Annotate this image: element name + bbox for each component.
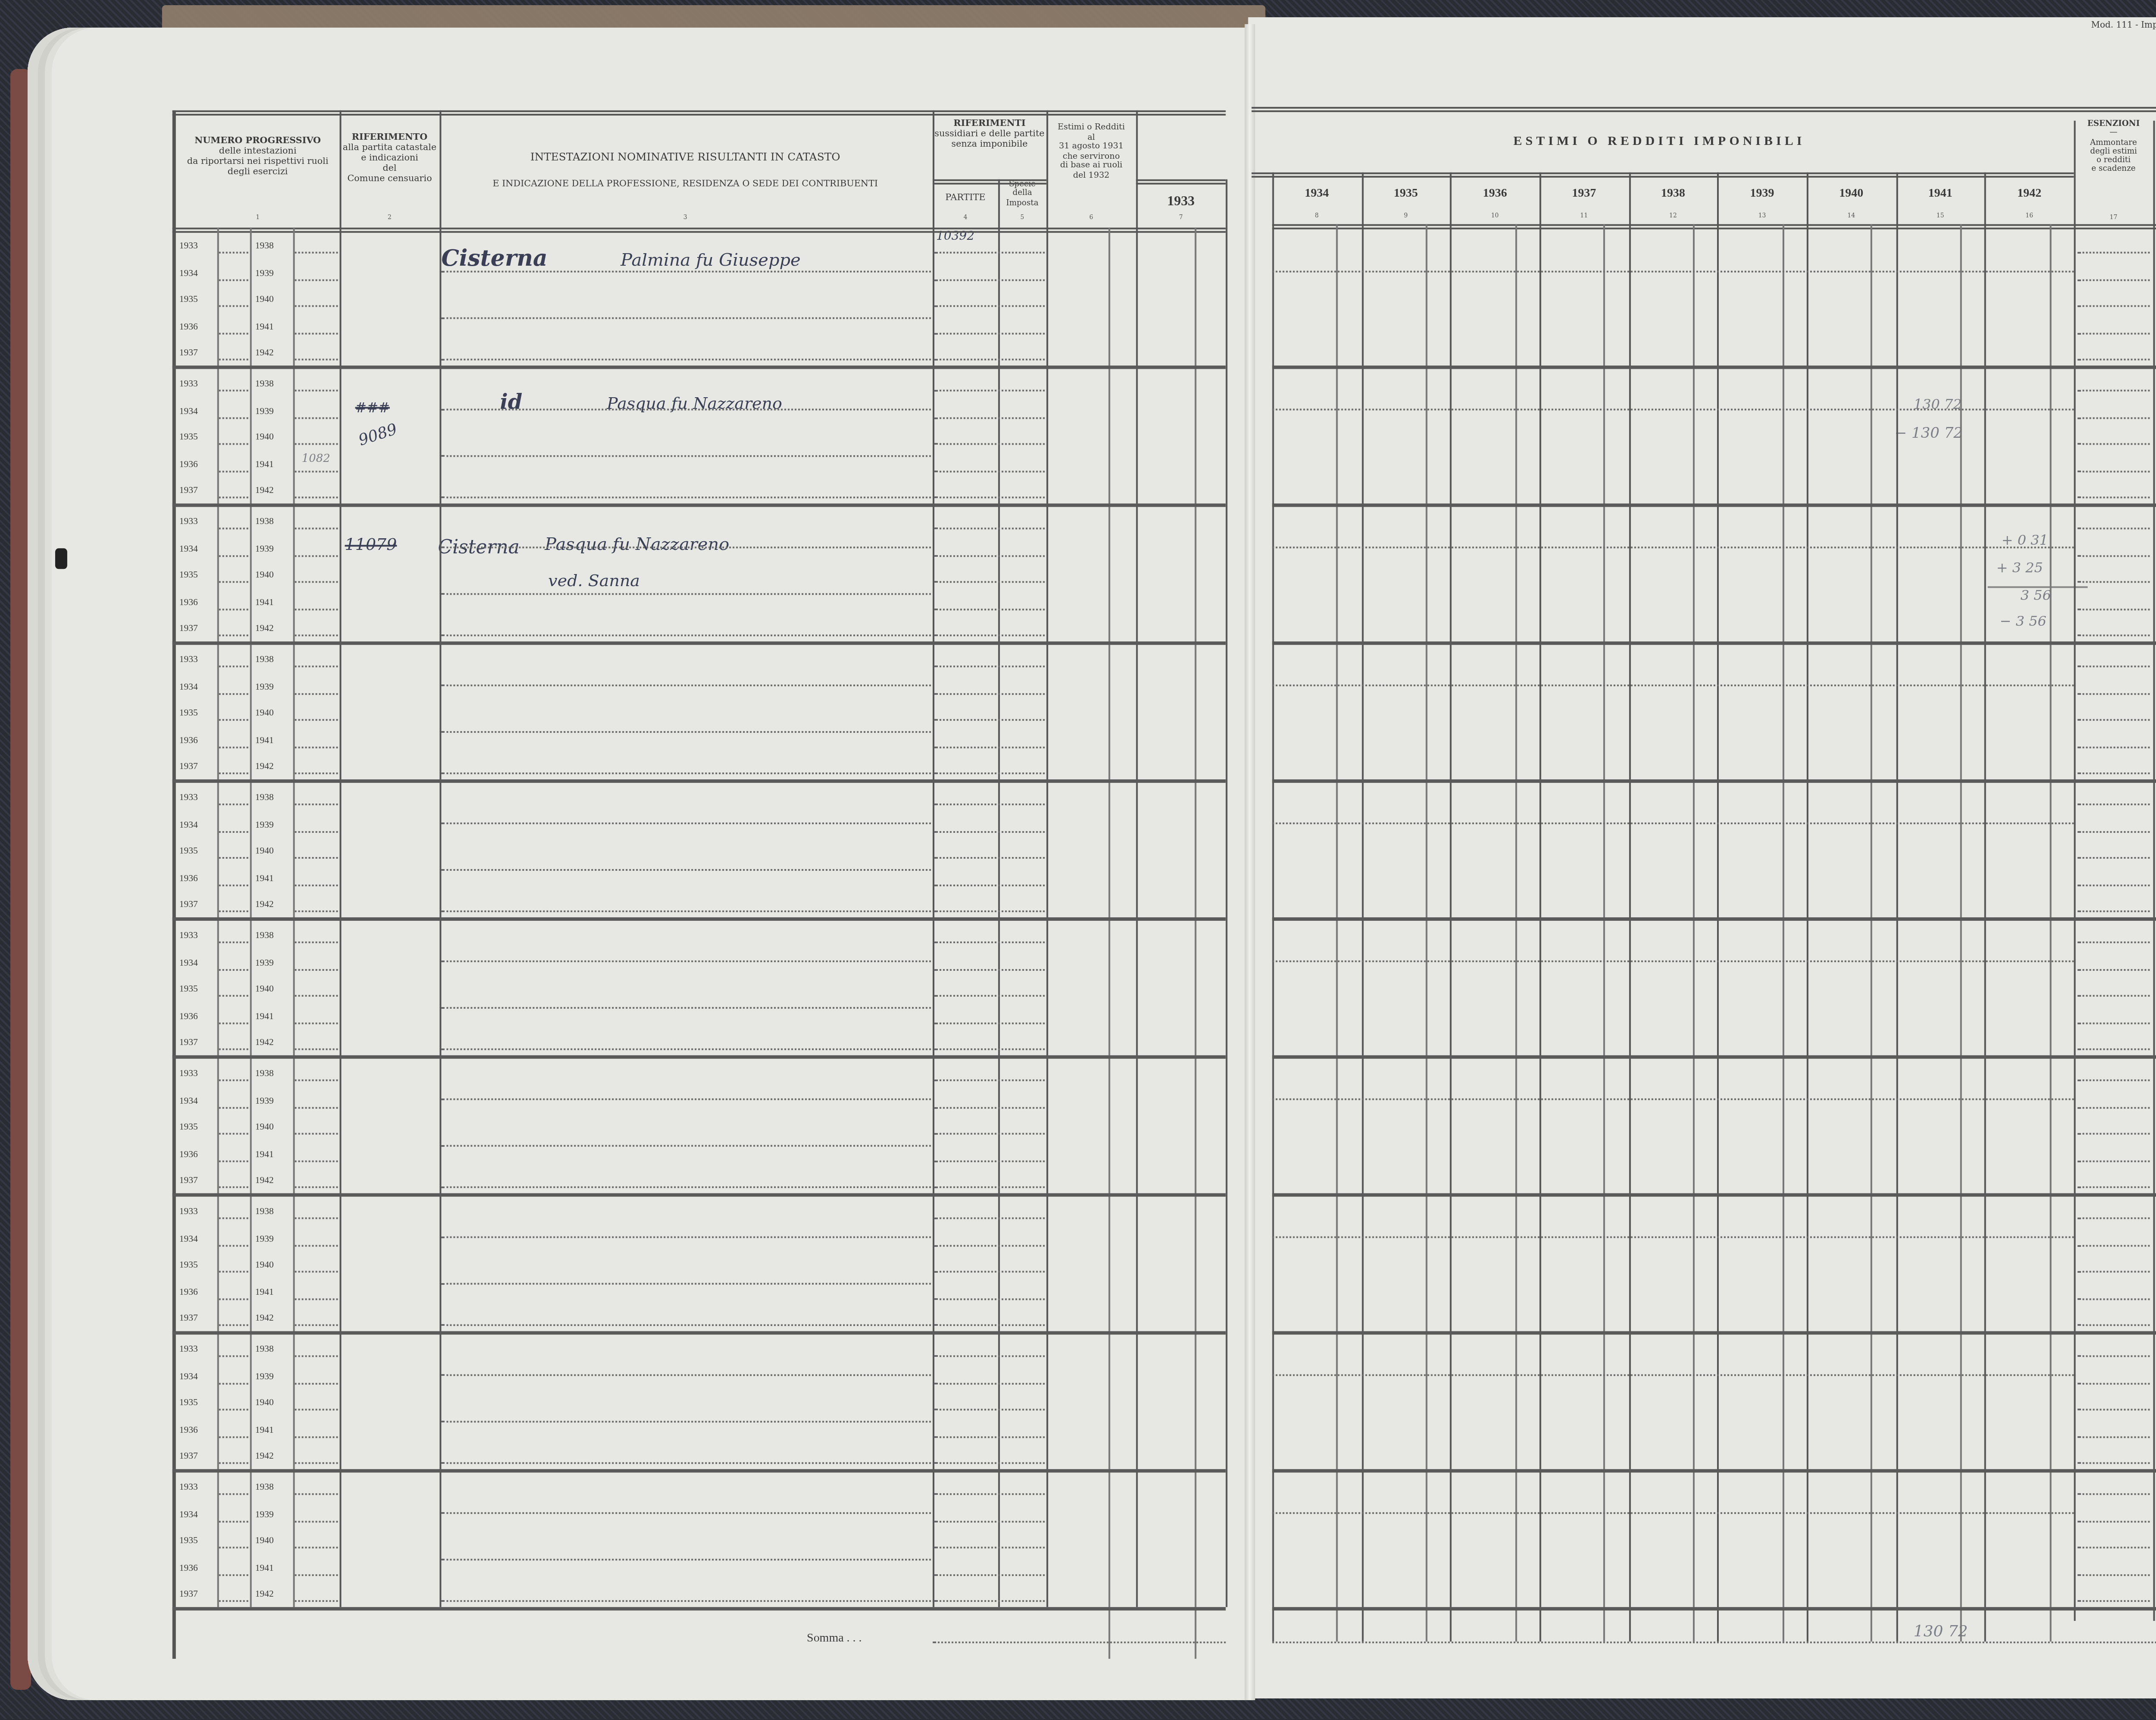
dotted-fill-line (219, 527, 248, 529)
dotted-fill-line (934, 1493, 1045, 1495)
dotted-writing-line (441, 1512, 931, 1514)
somma-dotted-line (1272, 1642, 2156, 1643)
dotted-fill-line (934, 554, 1045, 556)
year-label: 1938 (255, 1207, 274, 1218)
dotted-fill-line (2078, 1160, 2150, 1161)
dotted-fill-line (2078, 942, 2150, 943)
dotted-writing-line (441, 496, 931, 498)
year-label: 1935 (179, 1536, 198, 1547)
header-estimi-redditi-imponibili: ESTIMI O REDDITI IMPONIBILI (1250, 135, 2069, 149)
year-label: 1937 (179, 1590, 198, 1600)
dotted-fill-line (2078, 1382, 2150, 1384)
dotted-fill-line (295, 390, 338, 392)
dotted-fill-line (2078, 746, 2150, 747)
dotted-fill-line (934, 1600, 1045, 1602)
year-label: 1941 (255, 735, 274, 746)
year-label: 1934 (179, 544, 198, 554)
dotted-writing-line (1272, 960, 2074, 962)
dotted-fill-line (2078, 1048, 2150, 1050)
dotted-fill-line (219, 1355, 248, 1357)
dotted-fill-line (934, 968, 1045, 970)
dotted-fill-line (934, 279, 1045, 280)
year-label: 1935 (179, 295, 198, 305)
dotted-fill-line (2078, 608, 2150, 609)
dotted-fill-line (219, 1186, 248, 1188)
dotted-fill-line (295, 719, 338, 721)
dotted-fill-line (934, 634, 1045, 636)
somma-label: Somma . . . (807, 1631, 862, 1645)
year-column-divider (1896, 173, 1897, 1642)
header-year-1942: 1942 (1985, 186, 2074, 200)
dotted-fill-line (934, 942, 1045, 943)
year-column-divider (1361, 173, 1363, 1642)
dotted-fill-line (2078, 1271, 2150, 1273)
year-label: 1941 (255, 1287, 274, 1298)
header-year-1935: 1935 (1361, 186, 1451, 200)
entry-block-separator (172, 1055, 1226, 1059)
dotted-fill-line (295, 359, 338, 361)
dotted-fill-line (295, 581, 338, 583)
dotted-fill-line (219, 719, 248, 721)
dotted-fill-line (2078, 252, 2150, 254)
header-sub-rule (1136, 179, 1226, 185)
somma-dotted-line (933, 1642, 1226, 1643)
dotted-writing-line (441, 1421, 931, 1422)
dotted-fill-line (934, 359, 1045, 361)
dotted-fill-line (934, 1324, 1045, 1326)
dotted-fill-line (2078, 390, 2150, 392)
dotted-fill-line (295, 1160, 338, 1161)
dotted-writing-line (441, 1374, 931, 1376)
cents-divider (1426, 224, 1427, 1642)
ink-stain (55, 548, 67, 569)
dotted-fill-line (295, 857, 338, 859)
year-label: 1939 (255, 1096, 274, 1106)
dotted-writing-line (1272, 1099, 2074, 1100)
dotted-fill-line (2078, 1297, 2150, 1299)
dotted-fill-line (295, 1106, 338, 1108)
dotted-fill-line (219, 1409, 248, 1410)
dotted-fill-line (934, 496, 1045, 498)
column-divider (1226, 179, 1228, 1607)
dotted-fill-line (219, 1435, 248, 1437)
year-label: 1940 (255, 709, 274, 719)
book-gutter (1245, 24, 1255, 1700)
year-label: 1934 (179, 820, 198, 830)
year-label: 1935 (179, 433, 198, 443)
year-label: 1939 (255, 1372, 274, 1382)
entry-2-progressivo-note: 1082 (302, 452, 330, 465)
year-label: 1939 (255, 544, 274, 554)
dotted-fill-line (219, 608, 248, 609)
dotted-fill-line (295, 1186, 338, 1188)
dotted-fill-line (295, 1048, 338, 1050)
dotted-writing-line (1272, 546, 2074, 548)
year-label: 1941 (255, 1425, 274, 1435)
dotted-fill-line (2078, 1218, 2150, 1219)
year-label: 1938 (255, 242, 274, 252)
year-label: 1936 (179, 1425, 198, 1435)
dotted-fill-line (295, 665, 338, 667)
pencil-sum-line (1988, 586, 2088, 588)
dotted-fill-line (295, 305, 338, 307)
year-label: 1941 (255, 322, 274, 332)
year-label: 1934 (179, 1234, 198, 1244)
entry-1-given-name: Palmina fu Giuseppe (620, 252, 800, 271)
column-divider (1047, 110, 1048, 1607)
dotted-fill-line (2078, 910, 2150, 912)
dotted-writing-line (441, 546, 931, 548)
dotted-writing-line (441, 1324, 931, 1326)
dotted-fill-line (2078, 332, 2150, 334)
dotted-fill-line (295, 443, 338, 445)
cents-divider (1871, 224, 1873, 1642)
dotted-fill-line (934, 1160, 1045, 1161)
dotted-writing-line (441, 634, 931, 636)
dotted-fill-line (219, 1462, 248, 1464)
dotted-fill-line (934, 1382, 1045, 1384)
column-number: 6 (1047, 214, 1136, 221)
dotted-fill-line (295, 332, 338, 334)
dotted-fill-line (295, 527, 338, 529)
dotted-fill-line (295, 1133, 338, 1135)
entry-block-separator (172, 917, 1226, 921)
dotted-fill-line (2078, 1493, 2150, 1495)
year-label: 1936 (179, 322, 198, 332)
dotted-fill-line (219, 443, 248, 445)
dotted-fill-line (934, 1462, 1045, 1464)
dotted-writing-line (441, 359, 931, 361)
column-divider (2074, 121, 2076, 1621)
year-label: 1934 (179, 406, 198, 417)
year-label: 1935 (179, 1261, 198, 1271)
dotted-fill-line (2078, 634, 2150, 636)
dotted-fill-line (2078, 1520, 2150, 1522)
dotted-fill-line (934, 443, 1045, 445)
column-number: 10 (1451, 212, 1540, 219)
dotted-fill-line (934, 995, 1045, 997)
year-label: 1942 (255, 762, 274, 772)
dotted-fill-line (2078, 527, 2150, 529)
dotted-fill-line (219, 417, 248, 418)
dotted-fill-line (295, 1218, 338, 1219)
header-bottom-rule (172, 228, 1226, 233)
year-label: 1937 (179, 624, 198, 634)
cents-divider (1109, 228, 1110, 1659)
table-top-border (172, 110, 1226, 116)
dotted-fill-line (934, 581, 1045, 583)
dotted-writing-line (1272, 271, 2074, 273)
year-label: 1941 (255, 873, 274, 884)
header-intestazioni: INTESTAZIONI NOMINATIVE RISULTANTI IN CA… (439, 152, 931, 164)
year-column-divider (1629, 173, 1630, 1642)
entry-block-separator (172, 1331, 1226, 1334)
dotted-fill-line (934, 830, 1045, 832)
year-label: 1938 (255, 1345, 274, 1355)
dotted-fill-line (219, 1493, 248, 1495)
dotted-fill-line (934, 665, 1045, 667)
dotted-fill-line (295, 634, 338, 636)
year-label: 1942 (255, 1038, 274, 1048)
form-model-label: Mod. 111 - Imposte Dirette (Intercalare)… (2091, 21, 2156, 31)
dotted-fill-line (295, 1355, 338, 1357)
dotted-fill-line (2078, 1573, 2150, 1575)
table-top-border (1252, 107, 2156, 112)
entry-2-value-1941-cancel: − 130 72 (1895, 426, 1963, 443)
dotted-writing-line (441, 960, 931, 962)
entry-3-riferimento: 11079 (345, 536, 397, 555)
dotted-fill-line (934, 1520, 1045, 1522)
header-specie-imposta: Specie della Imposta (998, 181, 1047, 208)
dotted-fill-line (295, 804, 338, 805)
year-label: 1938 (255, 380, 274, 390)
dotted-fill-line (2078, 1186, 2150, 1188)
column-divider (439, 110, 441, 1607)
year-label: 1934 (179, 682, 198, 692)
dotted-fill-line (219, 857, 248, 859)
year-label: 1933 (179, 1069, 198, 1080)
dotted-fill-line (2078, 830, 2150, 832)
dotted-writing-line (441, 772, 931, 774)
dotted-fill-line (295, 417, 338, 418)
year-label: 1940 (255, 295, 274, 305)
header-year-1939: 1939 (1717, 186, 1807, 200)
dotted-fill-line (934, 1106, 1045, 1108)
dotted-fill-line (2078, 1133, 2150, 1135)
year-label: 1938 (255, 517, 274, 527)
dotted-fill-line (2078, 1462, 2150, 1464)
dotted-fill-line (295, 1600, 338, 1602)
year-label: 1939 (255, 1510, 274, 1520)
column-number: 15 (1896, 212, 1985, 219)
header-intestazioni-subtitle: E INDICAZIONE DELLA PROFESSIONE, RESIDEN… (439, 181, 931, 191)
dotted-fill-line (219, 279, 248, 280)
year-label: 1938 (255, 1483, 274, 1493)
dotted-fill-line (2078, 884, 2150, 885)
year-column-divider (1807, 173, 1808, 1642)
dotted-writing-line (441, 1099, 931, 1100)
year-column-divider (1717, 173, 1719, 1642)
dotted-fill-line (934, 1080, 1045, 1081)
year-label: 1939 (255, 1234, 274, 1244)
dotted-fill-line (934, 252, 1045, 254)
dotted-fill-line (934, 719, 1045, 721)
column-number: 2 (340, 214, 440, 221)
dotted-fill-line (934, 1048, 1045, 1050)
dotted-fill-line (295, 1547, 338, 1548)
year-label: 1933 (179, 1483, 198, 1493)
year-label: 1933 (179, 517, 198, 527)
year-label: 1940 (255, 571, 274, 581)
dotted-writing-line (441, 1283, 931, 1285)
dotted-fill-line (295, 968, 338, 970)
dotted-fill-line (295, 1022, 338, 1023)
entry-block-separator (172, 1607, 1226, 1610)
dotted-fill-line (2078, 279, 2150, 280)
year-label: 1941 (255, 597, 274, 608)
dotted-writing-line (441, 455, 931, 457)
dotted-fill-line (295, 1435, 338, 1437)
year-label: 1939 (255, 820, 274, 830)
dotted-writing-line (441, 409, 931, 411)
year-label: 1941 (255, 459, 274, 470)
year-label: 1939 (255, 268, 274, 279)
dotted-fill-line (295, 608, 338, 609)
dotted-fill-line (934, 1022, 1045, 1023)
dotted-fill-line (219, 692, 248, 694)
dotted-fill-line (934, 1186, 1045, 1188)
dotted-fill-line (295, 1382, 338, 1384)
dotted-fill-line (219, 496, 248, 498)
dotted-writing-line (441, 1186, 931, 1188)
header-riferimenti-sussidiari: RIFERIMENTI sussidiari e delle partite s… (933, 121, 1047, 152)
dotted-fill-line (219, 804, 248, 805)
entry-3-value-2: + 3 25 (1996, 560, 2043, 576)
dotted-writing-line (441, 1600, 931, 1602)
dotted-writing-line (441, 822, 931, 824)
dotted-fill-line (934, 1573, 1045, 1575)
dotted-fill-line (2078, 692, 2150, 694)
year-label: 1938 (255, 931, 274, 942)
column-number: 7 (1136, 214, 1226, 221)
entry-block-separator (172, 641, 1226, 645)
year-label: 1935 (179, 847, 198, 857)
entry-3-given-name: Pasqua fu Nazzareno (545, 536, 729, 555)
column-number: 1 (176, 214, 340, 221)
dotted-fill-line (934, 417, 1045, 418)
dotted-writing-line (1272, 1374, 2074, 1376)
dotted-fill-line (219, 995, 248, 997)
dotted-fill-line (2078, 772, 2150, 774)
column-number: 9 (1361, 212, 1451, 219)
dotted-fill-line (219, 470, 248, 471)
entry-block-separator (1272, 366, 2156, 369)
year-label: 1942 (255, 624, 274, 634)
column-number: 3 (439, 214, 931, 221)
column-number: 17 (2074, 214, 2153, 221)
year-label: 1936 (179, 597, 198, 608)
dotted-writing-line (441, 910, 931, 912)
column-number: 8 (1272, 212, 1362, 219)
dotted-writing-line (441, 1145, 931, 1147)
dotted-fill-line (934, 527, 1045, 529)
year-label: 1937 (179, 1314, 198, 1324)
year-label: 1933 (179, 1345, 198, 1355)
year-label: 1941 (255, 1563, 274, 1573)
column-divider (340, 110, 342, 1607)
entry-block-separator (172, 366, 1226, 369)
year-label: 1933 (179, 242, 198, 252)
dotted-fill-line (219, 1324, 248, 1326)
entry-3-value-cancel: − 3 56 (2000, 614, 2046, 629)
dotted-fill-line (2078, 417, 2150, 418)
dotted-fill-line (219, 1218, 248, 1219)
year-label: 1936 (179, 1287, 198, 1298)
entry-block-separator (1272, 1607, 2156, 1610)
year-label: 1935 (179, 709, 198, 719)
dotted-writing-line (1272, 409, 2074, 411)
dotted-fill-line (934, 332, 1045, 334)
header-year-1936: 1936 (1451, 186, 1540, 200)
dotted-fill-line (2078, 665, 2150, 667)
dotted-fill-line (295, 995, 338, 997)
dotted-fill-line (934, 1435, 1045, 1437)
dotted-fill-line (219, 1520, 248, 1522)
year-label: 1938 (255, 793, 274, 804)
cents-divider (2049, 224, 2051, 1642)
dotted-writing-line (441, 1237, 931, 1238)
year-label: 1937 (179, 1176, 198, 1186)
dotted-fill-line (219, 746, 248, 747)
dotted-fill-line (2078, 1547, 2150, 1548)
year-label: 1938 (255, 655, 274, 665)
dotted-fill-line (219, 1106, 248, 1108)
dotted-fill-line (219, 1160, 248, 1161)
dotted-fill-line (295, 1493, 338, 1495)
dotted-fill-line (219, 1600, 248, 1602)
dotted-writing-line (441, 869, 931, 871)
entry-block-separator (1272, 1331, 2156, 1334)
dotted-fill-line (219, 252, 248, 254)
dotted-fill-line (2078, 470, 2150, 471)
year-label: 1939 (255, 958, 274, 968)
dotted-writing-line (441, 1048, 931, 1050)
year-label: 1939 (255, 406, 274, 417)
dotted-fill-line (2078, 1324, 2150, 1326)
dotted-fill-line (295, 1324, 338, 1326)
year-label: 1937 (179, 1038, 198, 1048)
dotted-fill-line (295, 496, 338, 498)
dotted-writing-line (441, 271, 931, 273)
dotted-fill-line (295, 884, 338, 885)
dotted-fill-line (219, 1133, 248, 1135)
entry-2-riferimento-struck: ### (355, 400, 390, 416)
year-label: 1942 (255, 1452, 274, 1462)
year-label: 1935 (179, 1123, 198, 1133)
year-label: 1936 (179, 1011, 198, 1022)
dotted-fill-line (219, 359, 248, 361)
header-estimi-1931: Estimi o Redditi al 31 agosto 1931 che s… (1047, 124, 1136, 181)
year-label: 1939 (255, 682, 274, 692)
dotted-fill-line (219, 772, 248, 774)
dotted-fill-line (934, 1271, 1045, 1273)
year-label: 1934 (179, 1510, 198, 1520)
year-label: 1936 (179, 459, 198, 470)
dotted-fill-line (295, 252, 338, 254)
dotted-fill-line (219, 1271, 248, 1273)
entry-block-separator (1272, 641, 2156, 645)
year-label: 1941 (255, 1011, 274, 1022)
year-label: 1940 (255, 1261, 274, 1271)
dotted-fill-line (219, 332, 248, 334)
header-numero-progressivo: NUMERO PROGRESSIVO delle intestazioni da… (176, 138, 340, 179)
year-label: 1942 (255, 900, 274, 910)
year-label: 1942 (255, 1314, 274, 1324)
dotted-fill-line (219, 830, 248, 832)
entry-block-separator (172, 1193, 1226, 1197)
dotted-fill-line (295, 554, 338, 556)
entry-1-surname: Cisterna (441, 247, 547, 273)
dotted-fill-line (934, 1355, 1045, 1357)
dotted-fill-line (934, 857, 1045, 859)
dotted-fill-line (2078, 443, 2150, 445)
left-page (28, 28, 1255, 1700)
dotted-fill-line (219, 968, 248, 970)
year-label: 1937 (179, 486, 198, 496)
dotted-writing-line (1272, 822, 2074, 824)
year-label: 1934 (179, 1372, 198, 1382)
entry-3-value-1: + 0 31 (2002, 533, 2048, 548)
